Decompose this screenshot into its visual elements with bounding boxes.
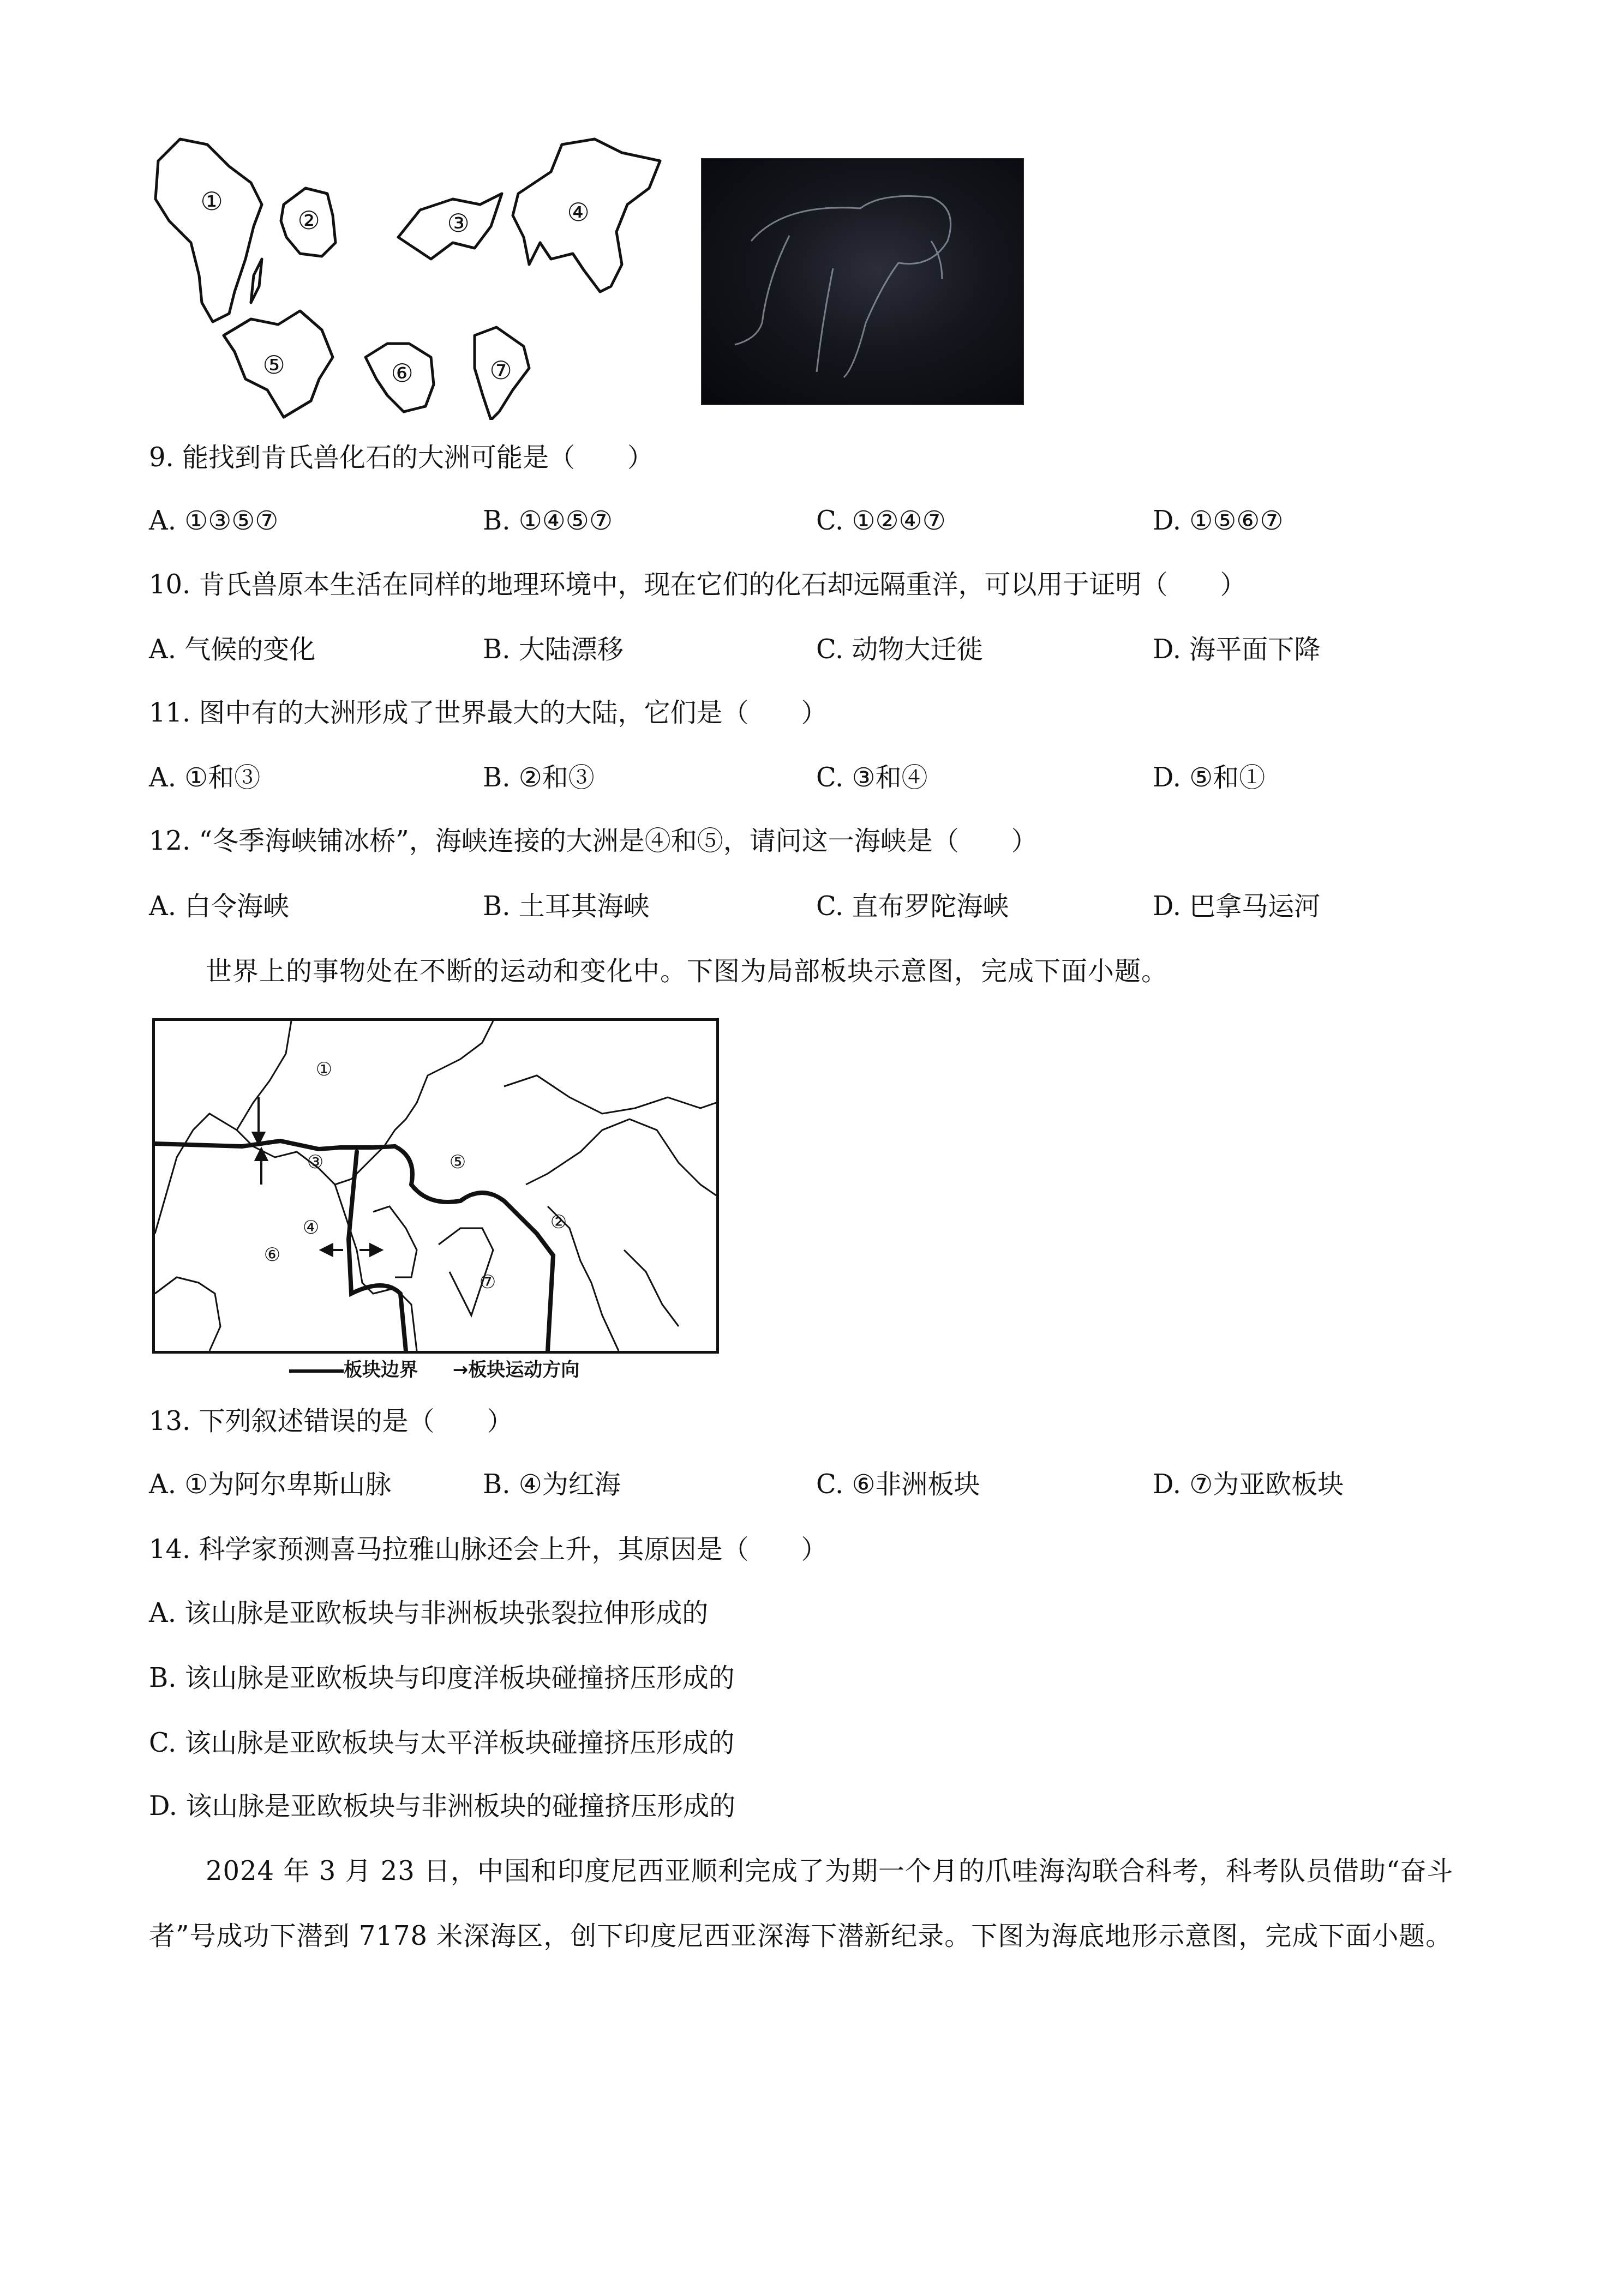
svg-text:⑦: ⑦ bbox=[489, 356, 512, 385]
q9-option-d[interactable]: D. ①⑤⑥⑦ bbox=[1153, 504, 1283, 537]
q14-option-b[interactable]: B. 该山脉是亚欧板块与印度洋板块碰撞挤压形成的 bbox=[149, 1662, 735, 1694]
q10-option-a[interactable]: A. 气候的变化 bbox=[149, 633, 315, 666]
svg-text:①: ① bbox=[200, 187, 223, 216]
label-3: ③ bbox=[307, 1151, 323, 1173]
q13-option-b[interactable]: B. ④为红海 bbox=[483, 1468, 621, 1501]
dinosaur-photo bbox=[701, 158, 1024, 405]
q12-option-d[interactable]: D. 巴拿马运河 bbox=[1153, 890, 1320, 923]
label-7: ⑦ bbox=[480, 1271, 496, 1293]
q11-option-d[interactable]: D. ⑤和① bbox=[1153, 761, 1265, 794]
label-5: ⑤ bbox=[450, 1151, 466, 1173]
section-intro-plates: 世界上的事物处在不断的运动和变化中。下图为局部板块示意图，完成下面小题。 bbox=[206, 955, 1168, 988]
q13-option-d[interactable]: D. ⑦为亚欧板块 bbox=[1153, 1468, 1344, 1501]
q11-option-a[interactable]: A. ①和③ bbox=[149, 761, 260, 794]
q10-option-d[interactable]: D. 海平面下降 bbox=[1153, 633, 1320, 666]
q9-option-a[interactable]: A. ①③⑤⑦ bbox=[149, 504, 278, 537]
svg-text:⑥: ⑥ bbox=[391, 358, 413, 388]
question-13-stem: 13. 下列叙述错误的是（ ） bbox=[149, 1405, 513, 1438]
question-12-stem: 12. “冬季海峡铺冰桥”，海峡连接的大洲是④和⑤，请问这一海峡是（ ） bbox=[149, 825, 1038, 857]
dinosaur-silhouette-icon bbox=[702, 159, 1023, 404]
legend-arrow-icon: → bbox=[453, 1359, 469, 1381]
q10-option-b[interactable]: B. 大陆漂移 bbox=[483, 633, 624, 666]
q12-option-b[interactable]: B. 土耳其海峡 bbox=[483, 890, 650, 923]
plate-boundary-map: ① ② ③ ④ ⑤ ⑥ ⑦ bbox=[152, 1018, 719, 1354]
label-4: ④ bbox=[303, 1217, 319, 1239]
q12-option-c[interactable]: C. 直布罗陀海峡 bbox=[816, 890, 1009, 923]
q9-option-b[interactable]: B. ①④⑤⑦ bbox=[483, 504, 613, 537]
q11-option-c[interactable]: C. ③和④ bbox=[816, 761, 928, 794]
label-2: ② bbox=[550, 1211, 567, 1233]
q10-option-c[interactable]: C. 动物大迁徙 bbox=[816, 633, 983, 666]
question-14-stem: 14. 科学家预测喜马拉雅山脉还会上升，其原因是（ ） bbox=[149, 1533, 828, 1566]
svg-text:⑤: ⑤ bbox=[262, 350, 285, 380]
q12-option-a[interactable]: A. 白令海峡 bbox=[149, 890, 289, 923]
q14-option-c[interactable]: C. 该山脉是亚欧板块与太平洋板块碰撞挤压形成的 bbox=[149, 1727, 735, 1759]
label-6: ⑥ bbox=[264, 1244, 280, 1266]
q13-option-c[interactable]: C. ⑥非洲板块 bbox=[816, 1468, 980, 1501]
label-1: ① bbox=[316, 1059, 332, 1080]
question-10-stem: 10. 肯氏兽原本生活在同样的地理环境中，现在它们的化石却远隔重洋，可以用于证明… bbox=[149, 568, 1247, 601]
q13-option-a[interactable]: A. ①为阿尔卑斯山脉 bbox=[149, 1468, 391, 1501]
q11-option-b[interactable]: B. ②和③ bbox=[483, 761, 595, 794]
legend-boundary-label: 板块边界 bbox=[344, 1359, 418, 1381]
continents-map: ① ② ③ ④ ⑤ ⑥ ⑦ bbox=[147, 123, 671, 420]
map-legend: 板块边界 →板块运动方向 bbox=[289, 1355, 579, 1381]
svg-text:④: ④ bbox=[567, 197, 589, 227]
legend-direction-label: 板块运动方向 bbox=[468, 1359, 579, 1381]
q14-option-a[interactable]: A. 该山脉是亚欧板块与非洲板块张裂拉伸形成的 bbox=[149, 1597, 708, 1630]
question-9-stem: 9. 能找到肯氏兽化石的大洲可能是（ ） bbox=[149, 441, 654, 474]
section-intro-java-trench: 2024 年 3 月 23 日，中国和印度尼西亚顺利完成了为期一个月的爪哇海沟联… bbox=[149, 1839, 1480, 1969]
q9-option-c[interactable]: C. ①②④⑦ bbox=[816, 504, 946, 537]
legend-boundary-line-icon bbox=[289, 1369, 344, 1373]
svg-text:②: ② bbox=[297, 206, 320, 235]
q14-option-d[interactable]: D. 该山脉是亚欧板块与非洲板块的碰撞挤压形成的 bbox=[149, 1790, 735, 1823]
question-11-stem: 11. 图中有的大洲形成了世界最大的大陆，它们是（ ） bbox=[149, 696, 828, 729]
svg-text:③: ③ bbox=[447, 208, 469, 238]
